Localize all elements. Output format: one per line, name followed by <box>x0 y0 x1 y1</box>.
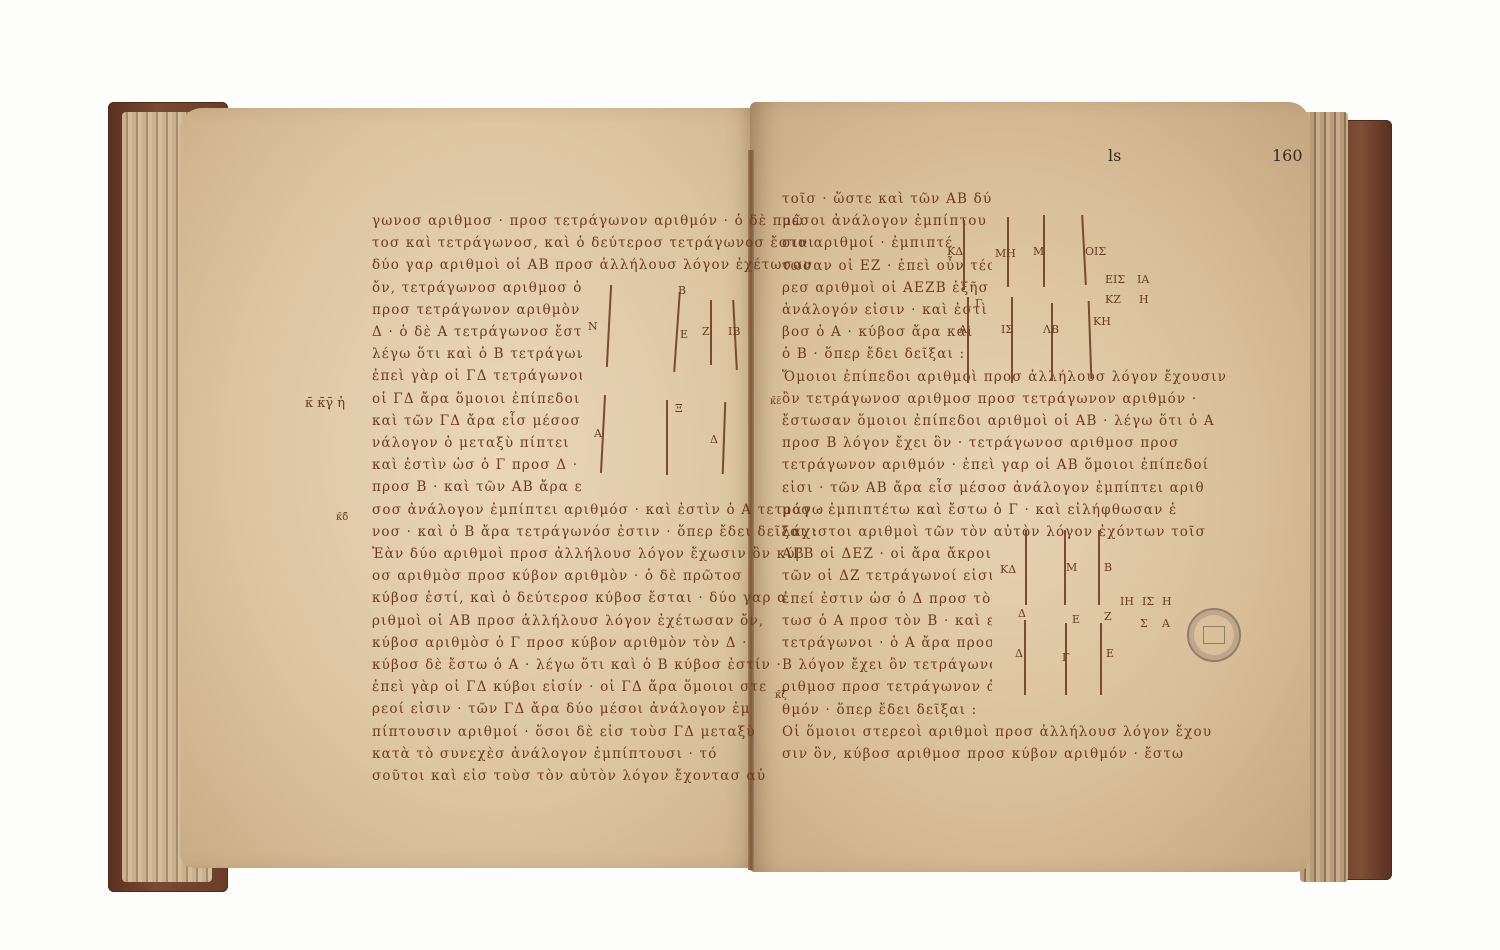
manuscript-line: ριθμοσ προσ τετράγωνον ἀρι <box>782 676 992 698</box>
margin-note: κ̄ε̄ <box>770 396 781 407</box>
manuscript-line: Ἐὰν δύο αριθμοὶ προσ ἀλλήλουσ λόγον ἔχωσ… <box>372 543 824 565</box>
manuscript-line: οἱ ΓΔ ἄρα ὅμοιοι ἐπίπεδοι εἰσί <box>372 388 582 410</box>
manuscript-line: σοῦτοι καὶ εἰσ τοὺσ τὸν αὐτὸν λόγον ἔχον… <box>372 765 824 787</box>
manuscript-line: λέγω ὅτι καὶ ὁ Β τετράγωνοσ ἐστίν <box>372 343 582 365</box>
manuscript-line: ὃν τετράγωνοσ αριθμοσ προσ τετράγωνον αρ… <box>782 388 1227 410</box>
manuscript-line: προσ τετράγωνον αριθμὸν τον <box>372 299 582 321</box>
manuscript-line: ἐπεί ἐστιν ὡσ ὁ Δ προσ τὸν Ζ · οὕ <box>782 588 992 610</box>
manuscript-line: ρεοί εἰσιν · τῶν ΓΔ ἄρα δύο μέσοι ἀνάλογ… <box>372 698 824 720</box>
right-page-diagram-top: ΚΔ ΜΗ Μ ΟΙΣ ΕΙΣ ΙΑ ΚΖ Η Γ Α ΙΣ ΛΒ ΚΗ <box>955 215 1155 385</box>
manuscript-line: κύβοσ δὲ ἔστω ὁ Α · λέγω ὅτι καὶ ὁ Β κύβ… <box>372 654 824 676</box>
manuscript-line: νοσ · καὶ ὁ Β ἄρα τετράγωνόσ ἐστιν · ὅπε… <box>372 521 824 543</box>
manuscript-line: τῶν οἱ ΔΖ τετράγωνοί εἰσιν · καὶ <box>782 565 992 587</box>
manuscript-line: τετράγωνον αριθμόν · ἐπεὶ γαρ οἱ ΑΒ ὅμοι… <box>782 454 1227 476</box>
manuscript-line: τετράγωνοι · ὁ Α ἄρα προσ τὸν <box>782 632 992 654</box>
manuscript-line: ἐπεὶ γὰρ οἱ ΓΔ τετράγωνοι εἰσίν <box>372 365 582 387</box>
margin-note: κ̄ κ̄γ̄ ἡ <box>305 396 345 411</box>
manuscript-line: κατὰ τὸ συνεχὲσ ἀνάλογον ἐμπίπτουσι · τό <box>372 743 824 765</box>
manuscript-line: εἰσι · τῶν ΑΒ ἄρα εἷσ μέσοσ ἀνάλογον ἐμπ… <box>782 477 1227 499</box>
right-page-diagram-bottom: ΚΔ Μ Β ΙΗ ΙΣ Η Δ Ε Ζ Σ Α Δ Γ Ε <box>1000 525 1180 700</box>
manuscript-line: κύβοσ ἐστί, καὶ ὁ δεύτεροσ κύβοσ ἔσται ·… <box>372 587 824 609</box>
margin-note: κ̄ζ̄ <box>775 690 787 701</box>
manuscript-line: καὶ ἐστὶν ὡσ ὁ Γ προσ Δ · ὁ Α <box>372 454 582 476</box>
manuscript-line: μόσ · ἐμπιπτέτω καὶ ἔστω ὁ Γ · καὶ εἰλήφ… <box>782 499 1227 521</box>
manuscript-line: πίπτουσιν αριθμοί · ὅσοι δὲ εἰσ τοὺσ ΓΔ … <box>372 721 824 743</box>
manuscript-line: ἔστωσαν ὅμοιοι ἐπίπεδοι αριθμοὶ οἱ ΑΒ · … <box>782 410 1227 432</box>
manuscript-line: ριθμοὶ οἱ ΑΒ προσ ἀλλήλουσ λόγον ἐχέτωσα… <box>372 610 824 632</box>
manuscript-line: νάλογον ὁ μεταξὺ πίπτει <box>372 432 582 454</box>
manuscript-line: Οἱ ὅμοιοι στερεοὶ αριθμοὶ προσ ἀλλήλουσ … <box>782 721 1227 743</box>
manuscript-line: δύο γαρ αριθμοὶ οἱ ΑΒ προσ ἀλλήλουσ λόγο… <box>372 254 824 276</box>
quire-mark: ls <box>1108 146 1121 165</box>
manuscript-line: καὶ τῶν ΓΔ ἄρα εἷσ μέσοσ ἀ <box>372 410 582 432</box>
manuscript-line: οσ αριθμὸσ προσ κύβον αριθμὸν · ὁ δὲ πρῶ… <box>372 565 824 587</box>
manuscript-line: θμόν · ὅπερ ἔδει δεῖξαι : <box>782 699 992 721</box>
manuscript-line: τοῖσ · ὥστε καὶ τῶν ΑΒ δύο <box>782 188 992 210</box>
library-stamp <box>1187 608 1241 662</box>
manuscript-line: Β λόγον ἔχει ὃν τετράγωνοσ ἀ <box>782 654 992 676</box>
manuscript-line: Δ · ὁ δὲ Α τετράγωνοσ ἔστω <box>372 321 582 343</box>
manuscript-line: ἐπεὶ γὰρ οἱ ΓΔ κύβοι εἰσίν · οἱ ΓΔ ἄρα ὅ… <box>372 676 824 698</box>
manuscript-line: σοσ ἀνάλογον ἐμπίπτει αριθμόσ · καὶ ἐστὶ… <box>372 499 824 521</box>
manuscript-line: τωσ ὁ Α προσ τὸν Β · καὶ εἰσιν οἱ ΔΖ <box>782 610 992 632</box>
manuscript-line: τοσ καὶ τετράγωνοσ, καὶ ὁ δεύτεροσ τετρά… <box>372 232 824 254</box>
folio-number: 160 <box>1272 146 1303 165</box>
manuscript-line: προσ Β · καὶ τῶν ΑΒ ἄρα εἷσ μέ <box>372 476 582 498</box>
manuscript-line: ὄν, τετράγωνοσ αριθμοσ ὁ Γ <box>372 277 582 299</box>
manuscript-line: κύβοσ αριθμὸσ ὁ Γ προσ κύβον αριθμὸν τὸν… <box>372 632 824 654</box>
manuscript-line: σιν ὃν, κύβοσ αριθμοσ προσ κύβον αριθμόν… <box>782 743 1227 765</box>
manuscript-line: προσ Β λόγον ἔχει ὃν · τετράγωνοσ αριθμο… <box>782 432 1227 454</box>
margin-note: κ̄δ̄ <box>336 512 348 523</box>
left-page-diagram: Ν Ε Ζ ΙΒ Β Ξ Α Δ <box>580 280 750 480</box>
manuscript-line: γωνοσ αριθμοσ · προσ τετράγωνον αριθμόν … <box>372 210 824 232</box>
manuscript-line: ΑΓΒ οἱ ΔΕΖ · οἱ ἄρα ἄκροι αὐ <box>782 543 992 565</box>
stamp-emblem-icon <box>1203 626 1225 644</box>
